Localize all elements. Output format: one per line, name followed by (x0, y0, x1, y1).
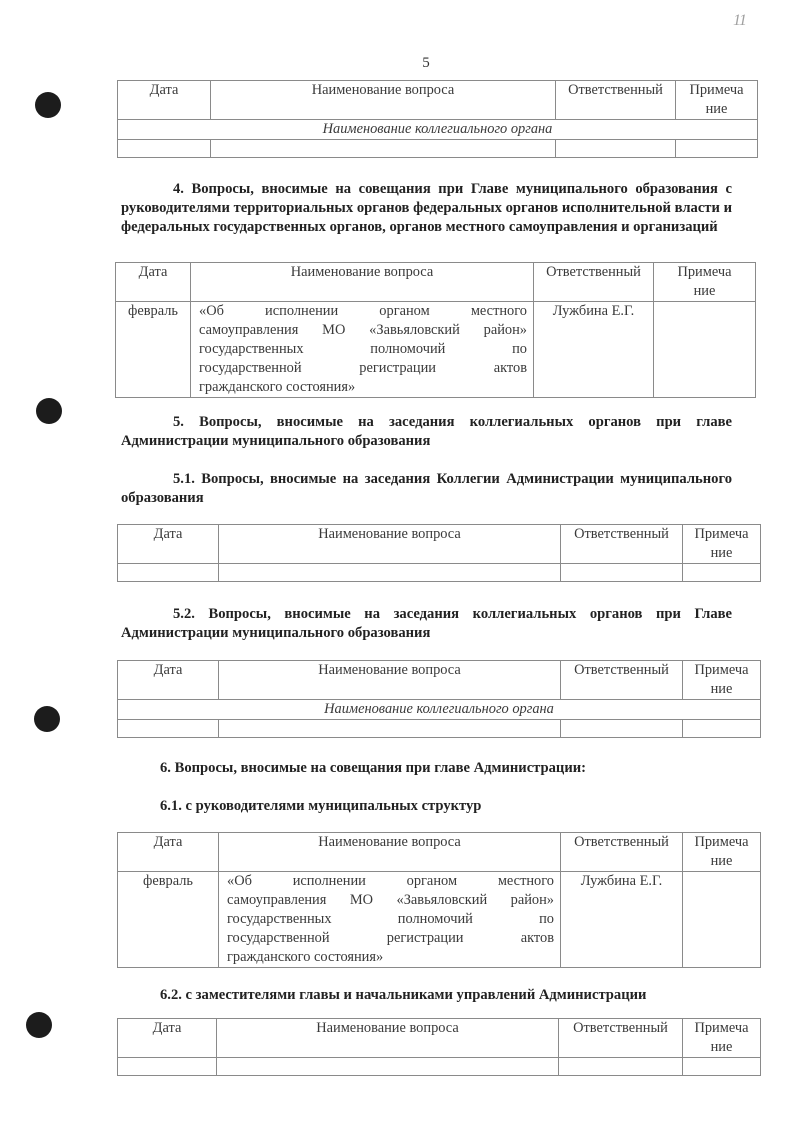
col-header-question: Наименование вопроса (217, 1019, 559, 1058)
section-6-heading: 6. Вопросы, вносимые на совещания при гл… (160, 759, 771, 778)
section-6-2-heading: 6.2. с заместителями главы и начальникам… (160, 986, 780, 1005)
col-header-question: Наименование вопроса (191, 263, 534, 302)
page-number: 5 (0, 55, 800, 72)
section-6-1-heading: 6.1. с руководителями муниципальных стру… (160, 797, 771, 816)
collegial-body-row: Наименование коллегиального органа (118, 120, 758, 140)
cell-date: февраль (116, 302, 191, 398)
punch-hole-icon (26, 1012, 52, 1038)
collegial-body-label: Наименование коллегиального органа (118, 700, 761, 720)
table-header-row: Дата Наименование вопроса Ответственный … (116, 263, 756, 302)
collegial-body-label: Наименование коллегиального органа (118, 120, 758, 140)
col-header-note: Примечание (676, 81, 758, 120)
section-5-1-table: Дата Наименование вопроса Ответственный … (117, 524, 761, 582)
table-header-row: Дата Наименование вопроса Ответственный … (118, 81, 758, 120)
section-5-1-heading: 5.1. Вопросы, вносимые на заседания Колл… (121, 470, 732, 508)
col-header-responsible: Ответственный (561, 833, 683, 872)
section-6-1-table: Дата Наименование вопроса Ответственный … (117, 832, 761, 968)
punch-hole-icon (34, 706, 60, 732)
col-header-note: Примечание (654, 263, 756, 302)
table-row (118, 564, 761, 582)
col-header-date: Дата (118, 661, 219, 700)
cell-note (654, 302, 756, 398)
col-header-responsible: Ответственный (556, 81, 676, 120)
col-header-note: Примечание (683, 1019, 761, 1058)
cell-responsible: Лужбина Е.Г. (561, 872, 683, 968)
col-header-responsible: Ответственный (534, 263, 654, 302)
table-row: февраль «Об исполнении органом местного … (116, 302, 756, 398)
cell-responsible: Лужбина Е.Г. (534, 302, 654, 398)
col-header-responsible: Ответственный (561, 525, 683, 564)
cell-question: «Об исполнении органом местного самоупра… (219, 872, 561, 968)
section-4-table: Дата Наименование вопроса Ответственный … (115, 262, 756, 398)
col-header-date: Дата (118, 833, 219, 872)
section-5-2-heading: 5.2. Вопросы, вносимые на заседания колл… (121, 605, 732, 643)
col-header-responsible: Ответственный (561, 661, 683, 700)
cell-question: «Об исполнении органом местного самоупра… (191, 302, 534, 398)
col-header-note: Примечание (683, 661, 761, 700)
col-header-question: Наименование вопроса (211, 81, 556, 120)
punch-hole-icon (36, 398, 62, 424)
table-header-row: Дата Наименование вопроса Ответственный … (118, 661, 761, 700)
col-header-question: Наименование вопроса (219, 525, 561, 564)
col-header-date: Дата (118, 525, 219, 564)
col-header-date: Дата (116, 263, 191, 302)
section-6-2-table: Дата Наименование вопроса Ответственный … (117, 1018, 761, 1076)
col-header-question: Наименование вопроса (219, 833, 561, 872)
table-header-row: Дата Наименование вопроса Ответственный … (118, 525, 761, 564)
table-header-row: Дата Наименование вопроса Ответственный … (118, 833, 761, 872)
collegial-body-row: Наименование коллегиального органа (118, 700, 761, 720)
col-header-note: Примечание (683, 525, 761, 564)
col-header-date: Дата (118, 1019, 217, 1058)
cell-note (683, 872, 761, 968)
col-header-responsible: Ответственный (559, 1019, 683, 1058)
section-5-heading: 5. Вопросы, вносимые на заседания коллег… (121, 413, 732, 451)
punch-hole-icon (35, 92, 61, 118)
table-continued: Дата Наименование вопроса Ответственный … (117, 80, 758, 158)
table-row (118, 720, 761, 738)
cell-date: февраль (118, 872, 219, 968)
section-4-heading: 4. Вопросы, вносимые на совещания при Гл… (121, 180, 732, 237)
handwritten-page-mark: 11 (733, 12, 746, 30)
table-row (118, 1058, 761, 1076)
table-row: февраль «Об исполнении органом местного … (118, 872, 761, 968)
col-header-question: Наименование вопроса (219, 661, 561, 700)
col-header-note: Примечание (683, 833, 761, 872)
table-row (118, 140, 758, 158)
col-header-date: Дата (118, 81, 211, 120)
section-5-2-table: Дата Наименование вопроса Ответственный … (117, 660, 761, 738)
table-header-row: Дата Наименование вопроса Ответственный … (118, 1019, 761, 1058)
